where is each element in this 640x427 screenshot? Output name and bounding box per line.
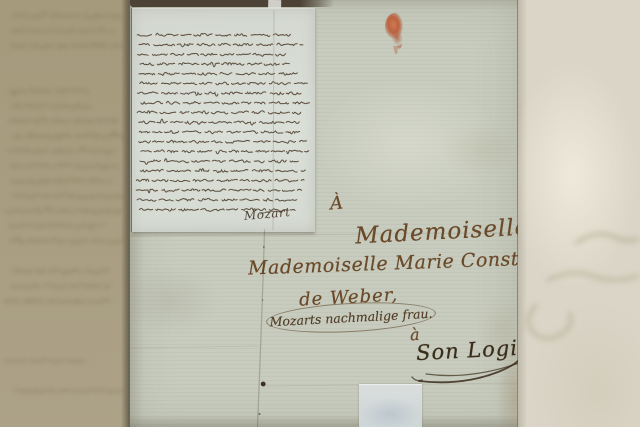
pasted-note: Mozart: [132, 8, 315, 232]
photo-right-strip: [518, 0, 640, 427]
blurred-handwriting-right: [518, 0, 640, 427]
blurred-handwriting-left: [0, 0, 128, 427]
photo-left-strip: [0, 0, 128, 427]
address-line-mademoiselle: Mademoiselle: [354, 214, 529, 249]
letter-photograph: Mozart À Mademoiselle Mademoiselle Marie…: [0, 0, 640, 427]
annotation-text: Mozarts nachmalige frau.: [269, 306, 433, 330]
paper-patch: [359, 384, 422, 427]
note-handwriting: [132, 8, 315, 232]
letter-envelope-photo: Mozart À Mademoiselle Mademoiselle Marie…: [128, 0, 518, 427]
address-prefix: À: [329, 192, 344, 214]
letter-top-edge-shadow: [130, 0, 334, 7]
wax-seal-stain: [383, 12, 407, 47]
